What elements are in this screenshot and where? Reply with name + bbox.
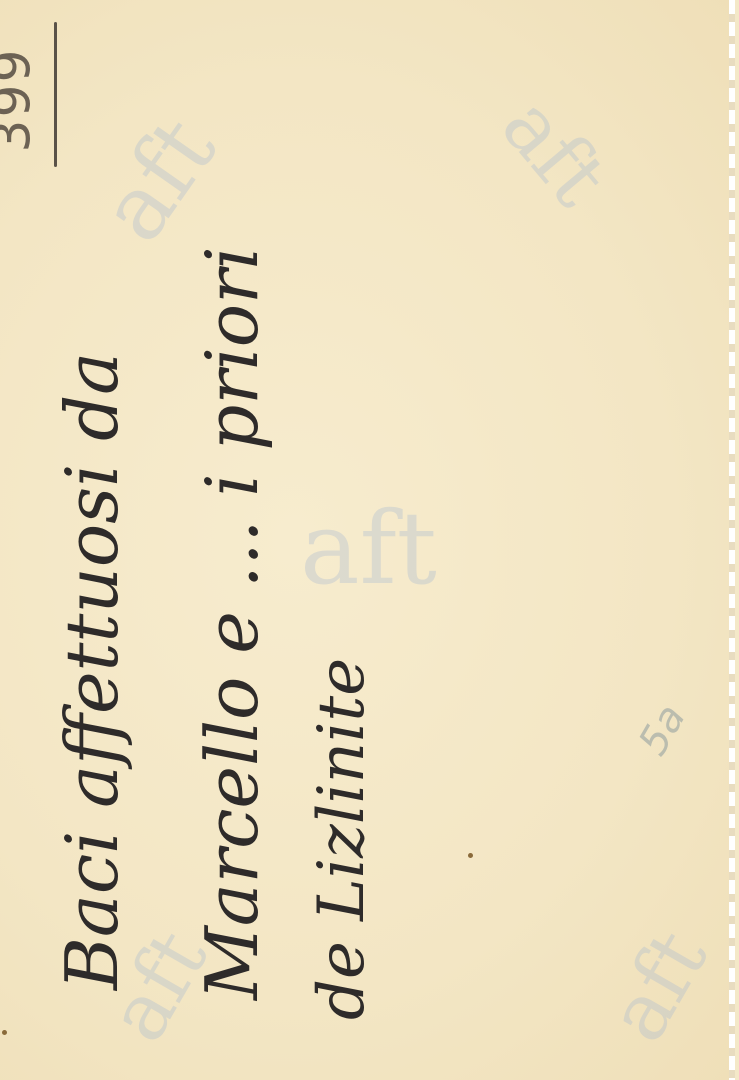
handwritten-line-2: Marcello e ... i priori (190, 246, 274, 1000)
watermark: aft (300, 490, 437, 607)
handwritten-line-1: Baci affettuosi da (50, 352, 134, 990)
deckled-edge (729, 0, 735, 1080)
watermark: aft (590, 915, 725, 1056)
pencil-rule-divider (54, 22, 57, 167)
photo-back-card: aft aft aft aft aft 399 Baci affettuosi … (0, 0, 735, 1080)
catalog-number: 399 (0, 47, 43, 152)
watermark: aft (484, 80, 626, 224)
faint-pencil-note: 5a (630, 697, 695, 763)
paper-speck (2, 1030, 7, 1035)
watermark: aft (80, 99, 237, 260)
paper-speck (468, 853, 473, 858)
handwritten-line-3: de Lizlinite (305, 658, 379, 1020)
